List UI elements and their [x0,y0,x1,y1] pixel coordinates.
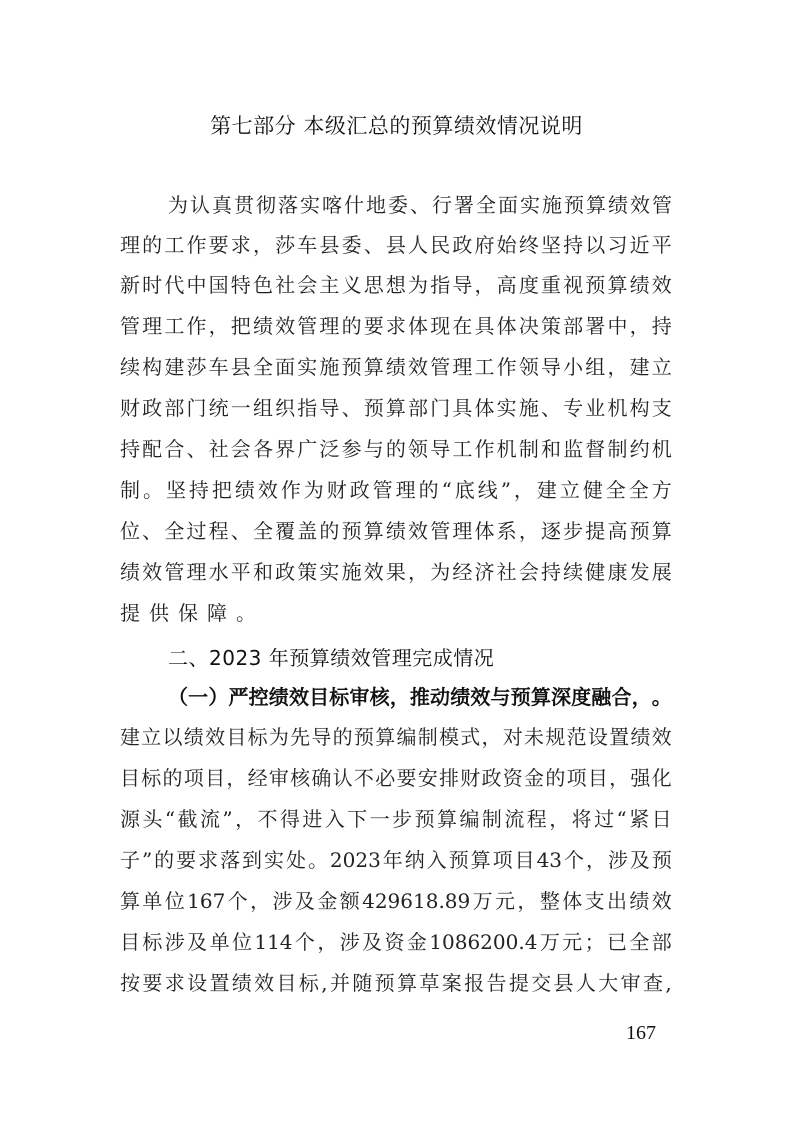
paragraph-line: 子”的要求落到实处。2023年纳入预算项目43个，涉及预 [120,845,672,875]
paragraph-line: 目标的项目，经审核确认不必要安排财政资金的项目，强化 [120,763,672,793]
document-title: 第七部分 本级汇总的预算绩效情况说明 [0,110,793,140]
section-heading: 二、2023 年预算绩效管理完成情况 [168,643,494,673]
paragraph-line: 财政部门统一组织指导、预算部门具体实施、专业机构支 [120,393,672,423]
paragraph-line: 为认真贯彻落实喀什地委、行署全面实施预算绩效管 [168,190,672,220]
paragraph-line: 目标涉及单位114个，涉及资金1086200.4万元；已全部 [120,927,672,957]
paragraph-line: 持配合、社会各界广泛参与的领导工作机制和监督制约机 [120,434,672,464]
subsection-heading: （一）严控绩效目标审核，推动绩效与预算深度融合，。 [168,682,672,712]
paragraph-line: 建立以绩效目标为先导的预算编制模式，对未规范设置绩效 [120,722,672,752]
document-page: 第七部分 本级汇总的预算绩效情况说明 为认真贯彻落实喀什地委、行署全面实施预算绩… [0,0,793,1122]
paragraph-line: 制。坚持把绩效作为财政管理的“底线”，建立健全全方 [120,475,672,505]
paragraph-line: 绩效管理水平和政策实施效果，为经济社会持续健康发展 [120,557,672,587]
paragraph-line: 位、全过程、全覆盖的预算绩效管理体系，逐步提高预算 [120,516,672,546]
paragraph-line: 算单位167个，涉及金额429618.89万元，整体支出绩效 [120,886,672,916]
paragraph-line: 理的工作要求，莎车县委、县人民政府始终坚持以习近平 [120,230,672,260]
paragraph-line: 按要求设置绩效目标,并随预算草案报告提交县人大审查, [120,968,672,998]
paragraph-line: 续构建莎车县全面实施预算绩效管理工作领导小组，建立 [120,352,672,382]
page-number: 167 [626,1022,656,1045]
paragraph-line: 管理工作，把绩效管理的要求体现在具体决策部署中，持 [120,311,672,341]
paragraph-line: 提供保障。 [120,598,672,628]
paragraph-line: 新时代中国特色社会主义思想为指导，高度重视预算绩效 [120,270,672,300]
paragraph-line: 源头“截流”，不得进入下一步预算编制流程，将过“紧日 [120,804,672,834]
